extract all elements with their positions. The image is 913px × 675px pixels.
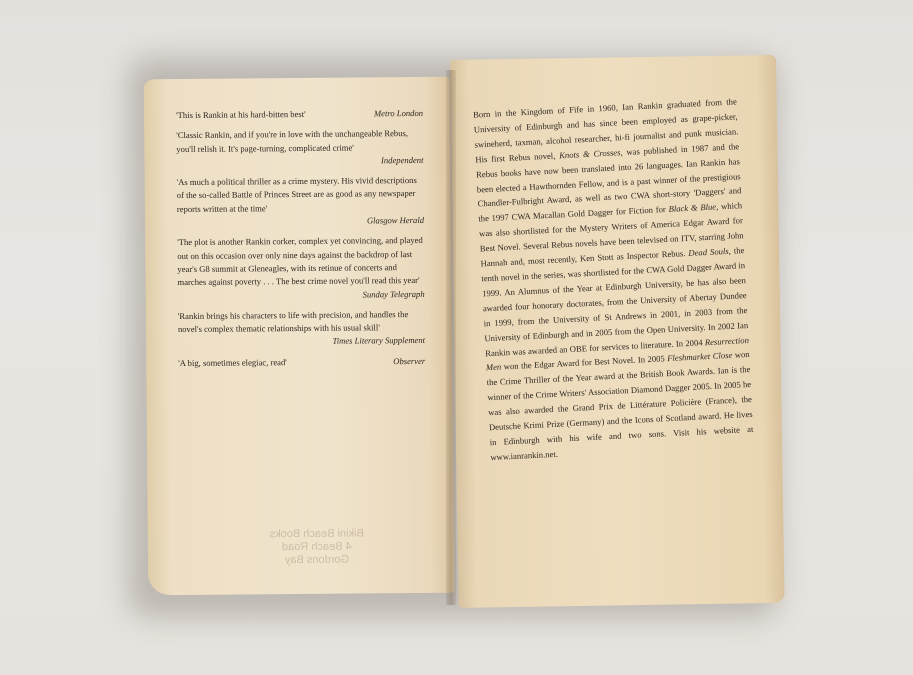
review-quote: 'As much a political thriller as a crime… [177,175,417,214]
review-quote: 'This is Rankin at his hard-bitten best' [176,109,306,120]
stamp-line: Gordons Bay [252,553,382,567]
review-blurb: 'Rankin brings his characters to life wi… [178,308,425,350]
bleed-through-stamp: Bikini Beach Books 4 Beach Road Gordons … [252,527,382,567]
book-title: Knots & Crosses [559,147,621,160]
review-quote: 'The plot is another Rankin corker, comp… [177,235,423,287]
book-title: Dead Souls [688,246,729,258]
review-blurb: 'As much a political thriller as a crime… [177,174,424,229]
review-quote: 'A big, sometimes elegiac, read' [178,357,287,368]
left-page: Metro London 'This is Rankin at his hard… [144,77,454,596]
review-source: Observer [393,355,425,369]
book-title: Black & Blue [668,202,716,214]
review-source: Glasgow Herald [177,214,424,229]
review-source: Sunday Telegraph [178,287,425,302]
review-quote: 'Classic Rankin, and if you're in love w… [176,128,408,153]
review-blurb: Metro London 'This is Rankin at his hard… [176,107,423,122]
review-source: Metro London [374,107,423,121]
stamp-line: 4 Beach Road [252,540,382,554]
book-spine-gutter [446,70,456,605]
review-blurb: Observer 'A big, sometimes elegiac, read… [178,355,425,370]
review-blurbs: Metro London 'This is Rankin at his hard… [176,107,425,377]
book-title: Fleshmarket Close [667,350,733,363]
review-blurb: 'The plot is another Rankin corker, comp… [177,234,425,303]
review-quote: 'Rankin brings his characters to life wi… [178,309,409,334]
review-source: Independent [176,154,423,169]
right-page: Born in the Kingdom of Fife in 1960, Ian… [450,55,785,608]
review-blurb: 'Classic Rankin, and if you're in love w… [176,127,423,169]
author-biography: Born in the Kingdom of Fife in 1960, Ian… [473,94,755,465]
review-source: Times Literary Supplement [178,334,425,349]
stamp-line: Bikini Beach Books [252,527,382,541]
